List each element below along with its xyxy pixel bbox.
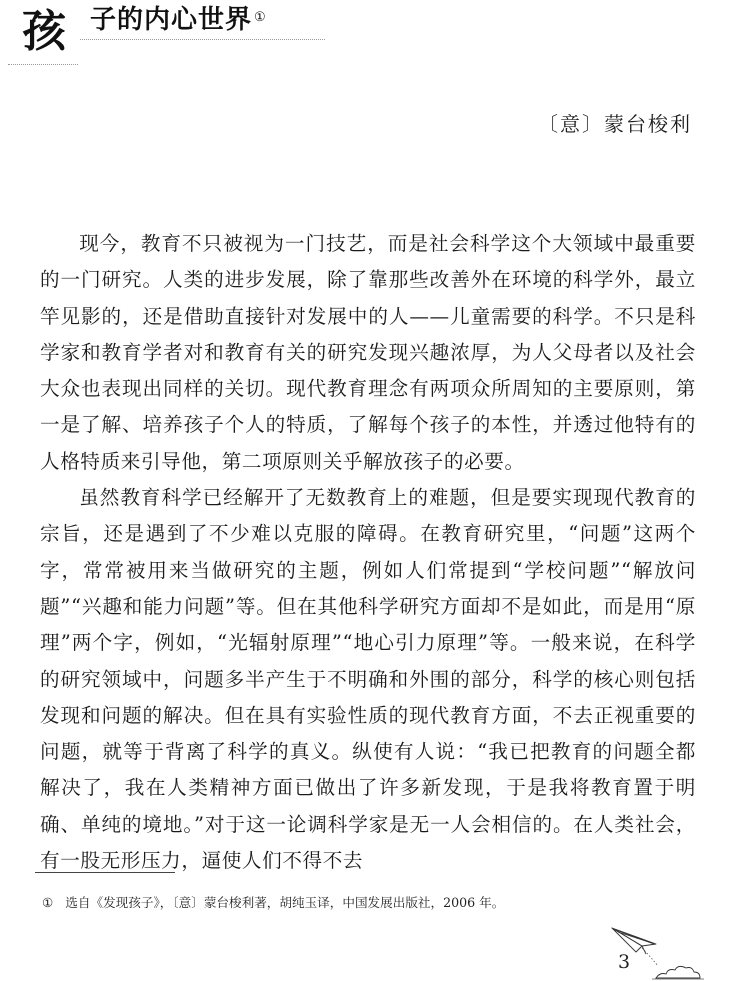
article-body: 现今，教育不只被视为一门技艺，而是社会科学这个大领域中最重要的一门研究。人类的进… (40, 226, 696, 879)
footnote: ①选自《发现孩子》，〔意〕蒙台梭利著，胡纯玉译，中国发展出版社，2006 年。 (42, 894, 504, 912)
title-text: 子的内心世界① (90, 4, 267, 36)
paragraph: 现今，教育不只被视为一门技艺，而是社会科学这个大领域中最重要的一门研究。人类的进… (40, 226, 696, 480)
title-rest-text: 子的内心世界 (90, 5, 252, 35)
title-dotted-divider (80, 39, 325, 40)
initial-dotted-divider (8, 64, 78, 65)
page-number: 3 (618, 951, 630, 973)
footnote-text: 选自《发现孩子》，〔意〕蒙台梭利著，胡纯玉译，中国发展出版社，2006 年。 (65, 895, 504, 910)
title-footnote-mark[interactable]: ① (254, 10, 267, 25)
paragraph: 虽然教育科学已经解开了无数教育上的难题，但是要实现现代教育的宗旨，还是遇到了不少… (40, 480, 696, 879)
title-initial-character: 孩 (22, 8, 66, 56)
footnote-divider (35, 872, 175, 873)
author-byline: 〔意〕蒙台梭利 (538, 110, 692, 138)
footnote-mark: ① (42, 895, 53, 910)
